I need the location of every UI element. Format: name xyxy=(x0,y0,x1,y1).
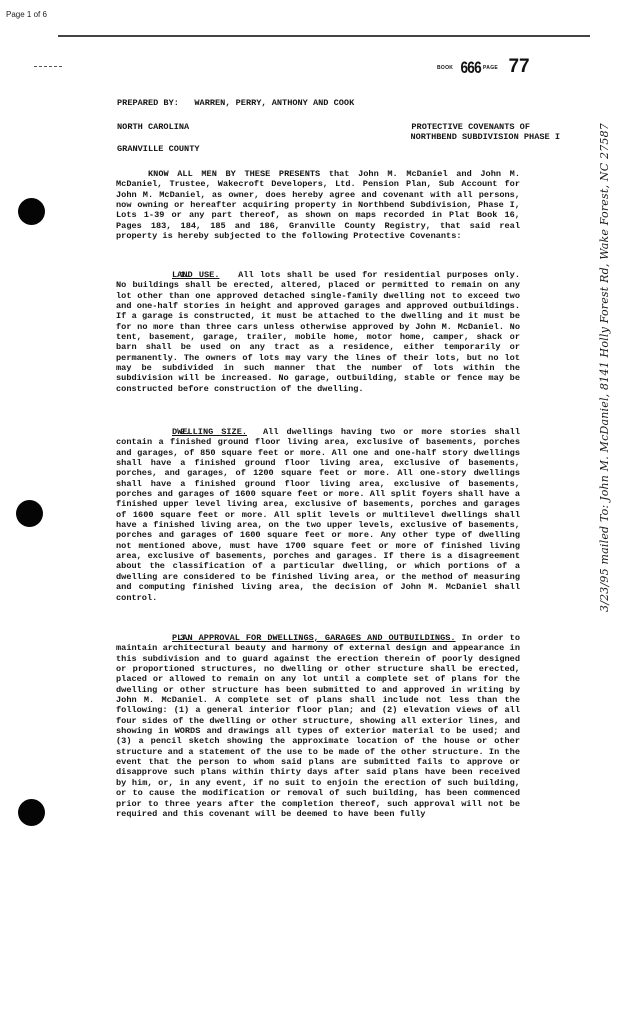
scan-mark xyxy=(34,66,62,68)
intro-text: KNOW ALL MEN BY THESE PRESENTS that John… xyxy=(116,169,520,241)
page-label: Page 1 of 6 xyxy=(6,10,47,19)
section-heading: PLAN APPROVAL FOR DWELLINGS, GARAGES AND… xyxy=(172,633,456,643)
punch-hole-top xyxy=(18,198,45,225)
punch-hole-bottom xyxy=(18,799,45,826)
section-land-use: 1.LAND USE. All lots shall be used for r… xyxy=(116,270,520,394)
section-plan-approval: 3.PLAN APPROVAL FOR DWELLINGS, GARAGES A… xyxy=(116,633,520,819)
prepared-by: PREPARED BY: WARREN, PERRY, ANTHONY AND … xyxy=(117,98,354,108)
section-heading: LAND USE. xyxy=(172,270,219,280)
section-number: 3. xyxy=(148,633,172,643)
section-number: 1. xyxy=(148,270,172,280)
punch-hole-middle xyxy=(16,500,43,527)
prepared-by-value: WARREN, PERRY, ANTHONY AND COOK xyxy=(194,98,354,108)
prepared-by-label: PREPARED BY: xyxy=(117,98,179,108)
state-heading: NORTH CAROLINA xyxy=(117,122,189,132)
intro-paragraph: KNOW ALL MEN BY THESE PRESENTS that John… xyxy=(116,169,520,241)
county-heading: GRANVILLE COUNTY xyxy=(117,144,200,154)
document-title: PROTECTIVE COVENANTS OF NORTHBEND SUBDIV… xyxy=(340,122,560,143)
section-dwelling-size: 2.DWELLING SIZE. All dwellings having tw… xyxy=(116,427,520,603)
title-line-1: PROTECTIVE COVENANTS OF xyxy=(340,122,560,132)
book-page-stamp: BOOK 666PAGE 77 xyxy=(437,56,530,78)
handwritten-mailing-note: 3/23/95 mailed To: John M. McDaniel, 814… xyxy=(598,123,611,612)
book-number: 666 xyxy=(460,58,480,78)
top-rule xyxy=(58,35,590,37)
section-text: All dwellings having two or more stories… xyxy=(116,427,520,603)
page-number: 77 xyxy=(508,56,529,77)
section-heading: DWELLING SIZE. xyxy=(172,427,247,437)
title-line-2: NORTHBEND SUBDIVISION PHASE I xyxy=(340,132,560,142)
page-label-stamp: PAGE xyxy=(483,65,498,71)
book-label: BOOK xyxy=(437,65,453,71)
section-number: 2. xyxy=(148,427,172,437)
section-text: In order to maintain architectural beaut… xyxy=(116,633,520,819)
section-text: All lots shall be used for residential p… xyxy=(116,270,520,394)
